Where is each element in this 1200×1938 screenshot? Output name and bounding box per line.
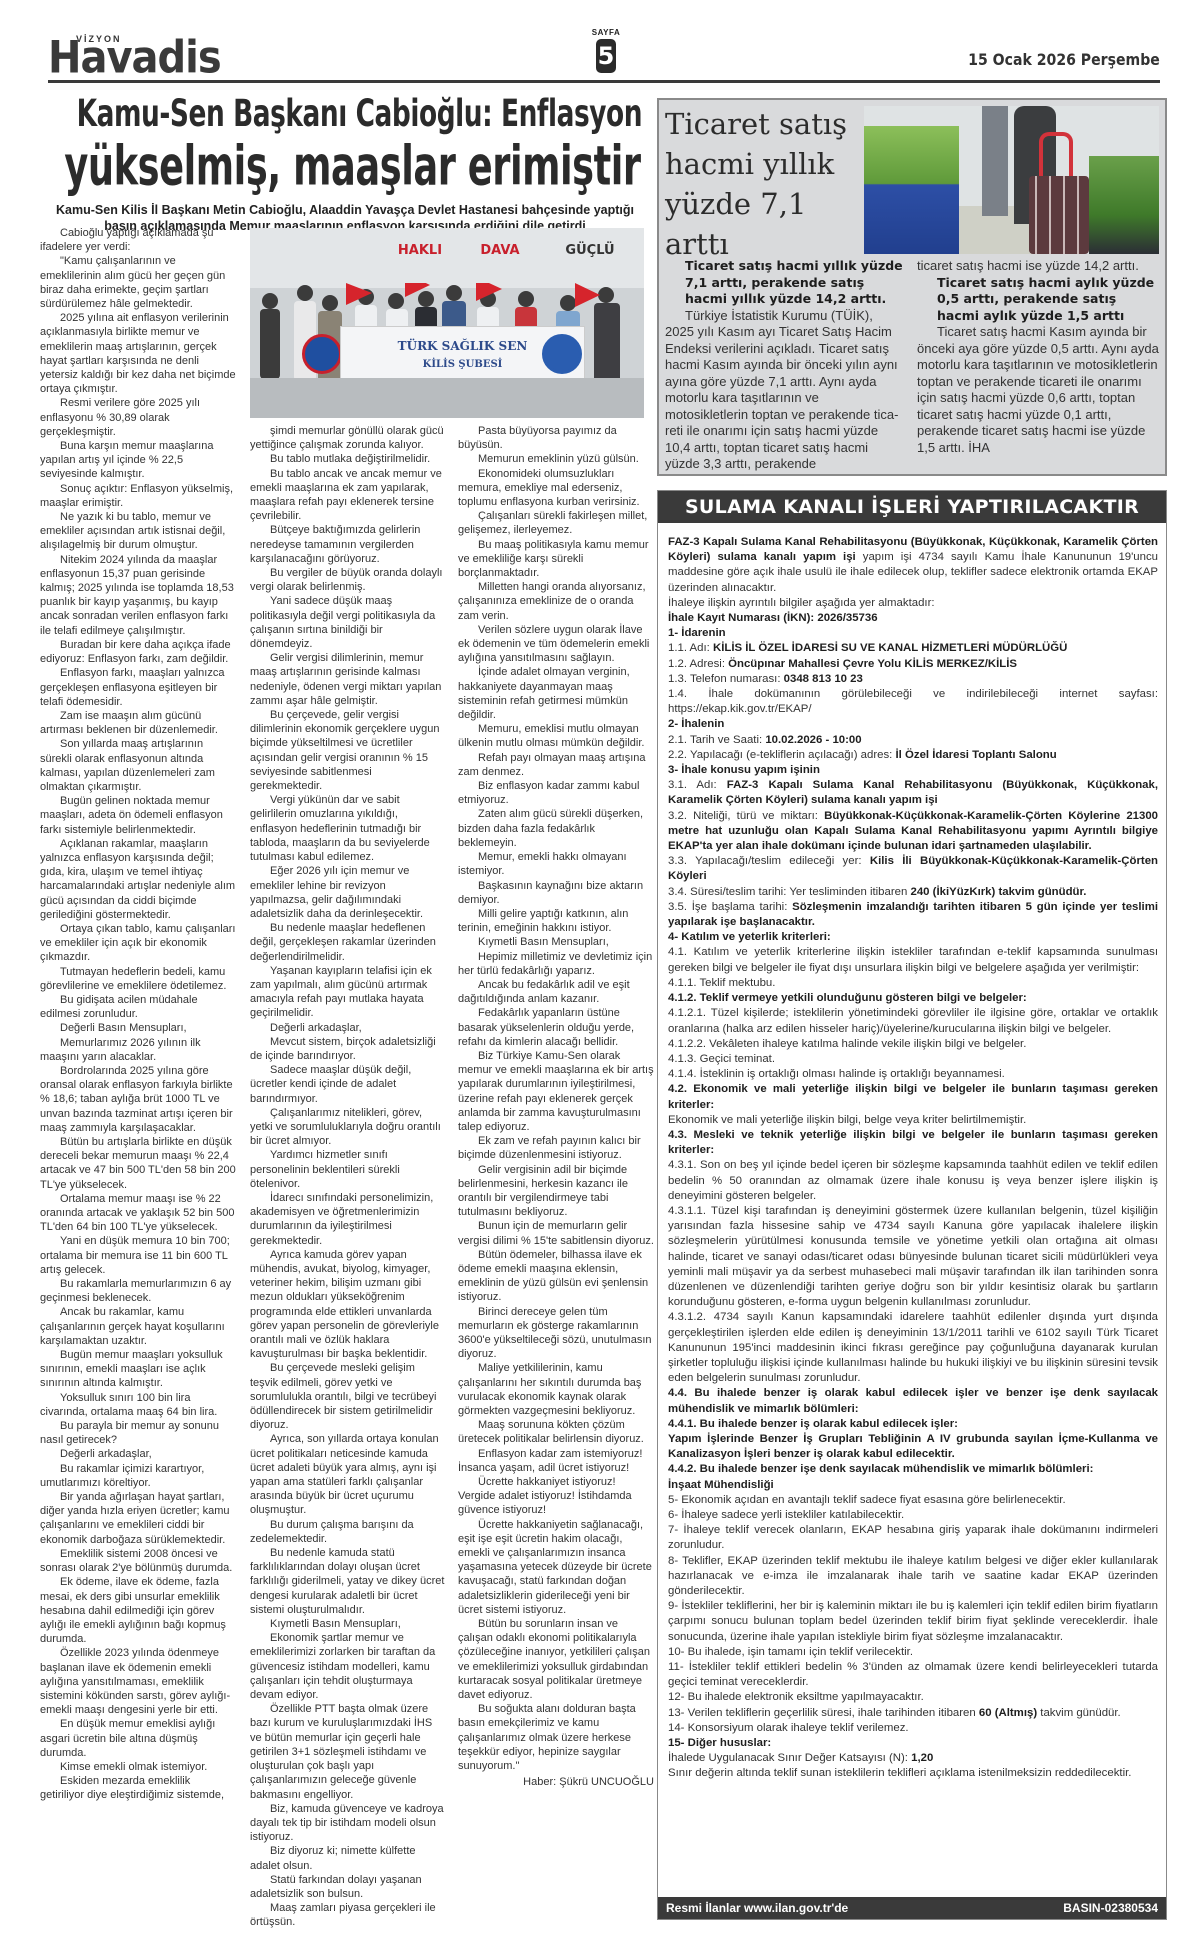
article-paragraph: Enflasyon farkı, maaşları yalnızca gerçe… xyxy=(40,666,236,709)
article-paragraph: Maaş zamları piyasa gerçekleri ile örtüş… xyxy=(250,1901,446,1929)
article-paragraph: Verilen sözlere uygun olarak İlave ek öd… xyxy=(458,623,654,666)
notice-text: 6- İhaleye sadece yerli istekliler katıl… xyxy=(668,1509,904,1521)
photo-sign-guclu: GÜÇLÜ xyxy=(550,236,630,266)
article-paragraph: Pasta büyüyorsa payımız da büyüsün. xyxy=(458,424,654,452)
notice-line: 4.3.1.1. Tüzel kişi tarafından iş deneyi… xyxy=(668,1204,1158,1310)
notice-line: 9- İstekliler tekliflerini, her bir iş k… xyxy=(668,1599,1158,1645)
notice-text: 5- Ekonomik açıdan en avantajlı teklif s… xyxy=(668,1494,1066,1506)
article-paragraph: İçinde adalet olmayan verginin, hakkaniy… xyxy=(458,665,654,722)
article-paragraph: Ücrette hakkaniyetin sağlanacağı, eşit i… xyxy=(458,1518,654,1617)
notice-bold-text: 60 (Altmış) xyxy=(979,1707,1037,1719)
photo-sign-dava: DAVA xyxy=(460,236,540,266)
article-paragraph: Çalışanları sürekli fakirleşen millet, g… xyxy=(458,509,654,537)
notice-bold-text: 0348 813 10 23 xyxy=(784,673,863,685)
article-column-2: şimdi memurlar gönüllü olarak gücü yetti… xyxy=(250,424,446,1930)
notice-bold-text: 4- Katılım ve yeterlik kriterleri: xyxy=(668,931,831,943)
notice-text: 4.1.2.1. Tüzel kişilerde; isteklilerin y… xyxy=(668,1007,1158,1034)
notice-line: 4.2. Ekonomik ve mali yeterliğe ilişkin … xyxy=(668,1082,1158,1112)
notice-text: 4.1.3. Geçici teminat. xyxy=(668,1053,775,1065)
notice-bold-text: 3- İhale konusu yapım işinin xyxy=(668,764,820,776)
notice-line: 1.4. İhale dokümanının görülebileceği ve… xyxy=(668,687,1158,717)
article-paragraph: Bu tablo ancak ve ancak memur ve emekli … xyxy=(250,467,446,524)
notice-source-link[interactable]: Resmi İlanlar www.ilan.gov.tr'de xyxy=(666,1897,848,1919)
notice-line: 4.1.2. Teklif vermeye yetkili olunduğunu… xyxy=(668,991,1158,1006)
notice-bold-text: KİLİS İL ÖZEL İDARESİ SU VE KANAL HİZMET… xyxy=(713,642,1067,654)
notice-text: 1.1. Adı: xyxy=(668,642,713,654)
article-paragraph: Zaten alım gücü sürekli düşerken, bizden… xyxy=(458,807,654,850)
article-paragraph: Yani en düşük memura 10 bin 700; ortalam… xyxy=(40,1234,236,1277)
article-paragraph: Bütün ödemeler, bilhassa ilave ek ödeme … xyxy=(458,1248,654,1305)
notice-bold-text: 1,20 xyxy=(911,1752,933,1764)
trade-column-2: ticaret satış hacmi ise yüzde 14,2 arttı… xyxy=(917,258,1161,456)
article-paragraph: Yoksulluk sınırı 100 bin lira civarında,… xyxy=(40,1391,236,1419)
notice-text: 4.3.1.2. 4734 sayılı Kanun kapsamındaki … xyxy=(668,1311,1158,1384)
trade-headline: Ticaret satış hacmi yıllık yüzde 7,1 art… xyxy=(665,104,865,264)
notice-text: 4.3.1. Son on beş yıl içinde bedel içere… xyxy=(668,1159,1158,1201)
notice-line: 4.4.1. Bu ihalede benzer iş olarak kabul… xyxy=(668,1417,1158,1432)
article-paragraph: Ayrıca, son yıllarda ortaya konulan ücre… xyxy=(250,1432,446,1517)
notice-line: 3.4. Süresi/teslim tarihi: Yer teslimind… xyxy=(668,885,1158,900)
notice-bold-text: 4.4.1. Bu ihalede benzer iş olarak kabul… xyxy=(668,1418,958,1430)
article-paragraph: Bütçeye baktığımızda gelirlerin neredeys… xyxy=(250,523,446,566)
notice-bold-text: Yapım İşlerinde Benzer İş Grupları Tebli… xyxy=(668,1433,1158,1460)
vegetable-stall-right xyxy=(1089,156,1159,254)
photo-floor xyxy=(250,378,644,418)
article-paragraph: Ortaya çıkan tablo, kamu çalışanları ve … xyxy=(40,922,236,965)
article-paragraph: Milletten hangi oranda alıyorsanız, çalı… xyxy=(458,580,654,623)
notice-line: İhale Kayıt Numarası (İKN): 2026/35736 xyxy=(668,611,1158,626)
article-paragraph: Değerli arkadaşlar, xyxy=(40,1447,236,1461)
article-paragraph: Kıymetli Basın Mensupları, xyxy=(250,1617,446,1631)
article-paragraph: Bir yanda ağırlaşan hayat şartları, diğe… xyxy=(40,1490,236,1547)
article-paragraph: Bu rakamlar içimizi karartıyor, umutları… xyxy=(40,1462,236,1490)
article-paragraph: Özellikle 2023 yılında ödenmeye başlanan… xyxy=(40,1646,236,1717)
article-paragraph: En düşük memur emeklisi aylığı asgari üc… xyxy=(40,1717,236,1760)
article-paragraph: Bunun için de memurların gelir vergisi d… xyxy=(458,1219,654,1247)
notice-text: 3.2. Niteliği, türü ve miktarı: xyxy=(668,810,824,822)
union-emblem-right-icon xyxy=(542,334,582,374)
notice-text: 1.2. Adresi: xyxy=(668,658,728,670)
notice-line: 6- İhaleye sadece yerli istekliler katıl… xyxy=(668,1508,1158,1523)
article-paragraph: Vergi yükünün dar ve sabit gelirlilerin … xyxy=(250,793,446,864)
notice-bold-text: 10.02.2026 - 10:00 xyxy=(765,734,861,746)
article-column-1: Cabioğlu yaptığı açıklamada şu ifadelere… xyxy=(40,226,236,1803)
article-paragraph: Çalışanlarımız nitelikleri, görev, yetki… xyxy=(250,1106,446,1149)
notice-text: 12- Bu ihalede elektronik eksiltme yapıl… xyxy=(668,1691,924,1703)
notice-text: 4.3.1.1. Tüzel kişi tarafından iş deneyi… xyxy=(668,1205,1158,1308)
notice-bold-text: 1- İdarenin xyxy=(668,627,726,639)
article-paragraph: Yani sadece düşük maaş politikasıyla değ… xyxy=(250,594,446,651)
masthead-divider xyxy=(48,80,1160,83)
article-paragraph: Bu nedenle kamuda statü farklılıklarında… xyxy=(250,1546,446,1617)
notice-line: 3.1. Adı: FAZ-3 Kapalı Sulama Kanal Reha… xyxy=(668,778,1158,808)
article-paragraph: Biz, kamuda güvenceye ve kadroya dayalı … xyxy=(250,1802,446,1845)
vegetable-stall-left xyxy=(864,126,959,254)
article-paragraph: Bu çerçevede, gelir vergisi dilimlerinin… xyxy=(250,708,446,793)
notice-line: 4.3.1. Son on beş yıl içinde bedel içere… xyxy=(668,1158,1158,1204)
page-label: SAYFA xyxy=(586,28,626,37)
trade-subhead: Ticaret satış hacmi aylık yüzde 0,5 artt… xyxy=(917,275,1161,325)
notice-text: 2.2. Yapılacağı (e-tekliflerin açılacağı… xyxy=(668,749,896,761)
notice-line: 13- Verilen tekliflerin geçerlilik süres… xyxy=(668,1706,1158,1721)
article-paragraph: Açıklanan rakamlar, maaşların yalnızca e… xyxy=(40,837,236,922)
notice-bold-text: 240 (İkiYüzKırk) takvim günüdür. xyxy=(910,886,1086,898)
notice-text: 4.1.2.2. Vekâleten ihaleye katılma halin… xyxy=(668,1038,1026,1050)
article-paragraph: Biz Türkiye Kamu-Sen olarak memur ve eme… xyxy=(458,1049,654,1134)
notice-text: 3.4. Süresi/teslim tarihi: Yer teslimind… xyxy=(668,886,910,898)
article-paragraph: Sonuç açıktır: Enflasyon yükselmiş, maaş… xyxy=(40,482,236,510)
notice-line: 1.1. Adı: KİLİS İL ÖZEL İDARESİ SU VE KA… xyxy=(668,641,1158,656)
article-paragraph: Maaş sorununa kökten çözüm üretecek poli… xyxy=(458,1418,654,1446)
notice-text: 9- İstekliler tekliflerini, her bir iş k… xyxy=(668,1600,1158,1642)
notice-text: 11- İstekliler teklif ettikleri bedelin … xyxy=(668,1661,1158,1688)
article-paragraph: Ayrıca kamuda görev yapan mühendis, avuk… xyxy=(250,1248,446,1362)
article-paragraph: 2025 yılına ait enflasyon verilerinin aç… xyxy=(40,311,236,396)
article-paragraph: Resmi verilere göre 2025 yılı enflasyonu… xyxy=(40,396,236,439)
article-byline: Haber: Şükrü UNCUOĞLU xyxy=(458,1775,654,1789)
article-paragraph: Bu maaş politikasıyla kamu memur ve emek… xyxy=(458,538,654,581)
notice-bold-text: 4.4. Bu ihalede benzer iş olarak kabul e… xyxy=(668,1387,1158,1414)
article-paragraph: Bu çerçevede mesleki gelişim teşvik edil… xyxy=(250,1361,446,1432)
notice-text: 3.1. Adı: xyxy=(668,779,727,791)
notice-line: 3.5. İşe başlama tarihi: Sözleşmenin imz… xyxy=(668,900,1158,930)
notice-text: 4.1.4. İsteklinin iş ortaklığı olması ha… xyxy=(668,1068,1005,1080)
article-paragraph: Buna karşın memur maaşlarına yapılan art… xyxy=(40,439,236,482)
article-paragraph: Ekonomideki olumsuzlukları memura, emekl… xyxy=(458,467,654,510)
notice-line: İhaleye ilişkin ayrıntılı bilgiler aşağı… xyxy=(668,596,1158,611)
article-paragraph: Gelir vergisinin adil bir biçimde belirl… xyxy=(458,1163,654,1220)
notice-bold-text: 2- İhalenin xyxy=(668,718,724,730)
article-paragraph: Ekonomik şartlar memur ve emeklilerimizi… xyxy=(250,1631,446,1702)
trade-news-box: Ticaret satış hacmi yıllık yüzde 7,1 art… xyxy=(657,98,1167,476)
shopping-trolley-bag xyxy=(1029,176,1089,254)
notice-line: 15- Diğer hususlar: xyxy=(668,1736,1158,1751)
article-paragraph: Refah payı olmayan maaş artışına zam den… xyxy=(458,751,654,779)
article-paragraph: Bu vergiler de büyük oranda dolaylı verg… xyxy=(250,566,446,594)
article-paragraph: Gelir vergisi dilimlerinin, memur maaş a… xyxy=(250,651,446,708)
article-paragraph: Statü farkından dolayı yaşanan adaletsiz… xyxy=(250,1873,446,1901)
article-paragraph: Bu rakamlarla memurlarımızın 6 ay geçinm… xyxy=(40,1277,236,1305)
article-paragraph: Bütün bu artışlarla birlikte en düşük de… xyxy=(40,1135,236,1192)
notice-text: Sınır değerin altında teklif sunan istek… xyxy=(668,1767,1131,1779)
notice-line: 8- Teklifler, EKAP üzerinden teklif mekt… xyxy=(668,1554,1158,1600)
notice-bold-text: İhale Kayıt Numarası (İKN): 2026/35736 xyxy=(668,612,878,624)
notice-text: 2.1. Tarih ve Saati: xyxy=(668,734,765,746)
article-paragraph: Biz enflasyon kadar zammı kabul etmiyoru… xyxy=(458,779,654,807)
article-paragraph: Bütün bu sorunların insan ve çalışan oda… xyxy=(458,1617,654,1702)
notice-line: Sınır değerin altında teklif sunan istek… xyxy=(668,1766,1158,1781)
article-paragraph: Ne yazık ki bu tablo, memur ve emekliler… xyxy=(40,510,236,553)
notice-line: 1.3. Telefon numarası: 0348 813 10 23 xyxy=(668,672,1158,687)
article-paragraph: Değerli Basın Mensupları, xyxy=(40,1021,236,1035)
article-paragraph: Bu durum çalışma barışını da zedelemekte… xyxy=(250,1518,446,1546)
page-number: 5 xyxy=(596,39,616,73)
trade-body-1: Türkiye İstatistik Kurumu (TÜİK), 2025 y… xyxy=(665,308,905,473)
article-paragraph: Buradan bir kere daha açıkça ifade ediyo… xyxy=(40,638,236,666)
article-paragraph: Nitekim 2024 yılında da maaşlar enflasyo… xyxy=(40,553,236,638)
notice-text: 4.1. Katılım ve yeterlik kriterlerine il… xyxy=(668,946,1158,973)
article-paragraph: Bugün memur maaşları yoksulluk sınırının… xyxy=(40,1348,236,1391)
notice-line: 4.3. Mesleki ve teknik yeterliğe ilişkin… xyxy=(668,1128,1158,1158)
notice-text: 1.4. İhale dokümanının görülebileceği ve… xyxy=(668,688,1158,715)
photo-sign-hakli: HAKLI xyxy=(380,236,460,266)
page-number-badge: SAYFA 5 xyxy=(586,28,626,73)
article-paragraph: Kıymetli Basın Mensupları, xyxy=(458,935,654,949)
article-paragraph: Bu tablo mutlaka değiştirilmelidir. xyxy=(250,452,446,466)
notice-line: İnşaat Mühendisliği xyxy=(668,1478,1158,1493)
article-paragraph: Bordrolarında 2025 yılına göre oransal o… xyxy=(40,1064,236,1135)
notice-text: İhalede Uygulanacak Sınır Değer Katsayıs… xyxy=(668,1752,911,1764)
notice-bold-text: 4.1.2. Teklif vermeye yetkili olunduğunu… xyxy=(668,992,1027,1004)
article-paragraph: Bu nedenle maaşlar hedeflenen değil, ger… xyxy=(250,921,446,964)
article-paragraph: Başkasının kaynağını bize aktarın demiyo… xyxy=(458,879,654,907)
shopper-figure xyxy=(982,106,1008,216)
notice-line: 3.2. Niteliği, türü ve miktarı: Büyükkon… xyxy=(668,809,1158,855)
article-paragraph: Ancak bu rakamlar, kamu çalışanlarının g… xyxy=(40,1305,236,1348)
masthead: Havadis VİZYON SAYFA 5 15 Ocak 2026 Perş… xyxy=(48,28,1160,82)
article-column-3: Pasta büyüyorsa payımız da büyüsün.Memur… xyxy=(458,424,654,1790)
trade-continuation: ticaret satış hacmi ise yüzde 14,2 arttı… xyxy=(917,258,1161,275)
notice-line: 4- Katılım ve yeterlik kriterleri: xyxy=(668,930,1158,945)
notice-bold-text: Öncüpınar Mahallesi Çevre Yolu KİLİS MER… xyxy=(728,658,1017,670)
article-paragraph: Hepimiz milletimiz ve devletimiz için he… xyxy=(458,950,654,978)
trolley-handle xyxy=(1039,132,1073,176)
article-paragraph: Bu gidişata acilen müdahale edilmesi zor… xyxy=(40,993,236,1021)
article-paragraph: Biz diyoruz ki; nimette külfette adalet … xyxy=(250,1844,446,1872)
notice-bold-text: 15- Diğer hususlar: xyxy=(668,1737,771,1749)
notice-line: 4.1.2.1. Tüzel kişilerde; isteklilerin y… xyxy=(668,1006,1158,1036)
article-paragraph: Fedakârlık yapanların üstüne basarak yük… xyxy=(458,1006,654,1049)
article-paragraph: Özellikle PTT başta olmak üzere bazı kur… xyxy=(250,1702,446,1801)
notice-title: SULAMA KANALI İŞLERİ YAPTIRILACAKTIR xyxy=(658,491,1166,523)
article-paragraph: Eskiden mezarda emeklilik getiriliyor di… xyxy=(40,1774,236,1802)
notice-line: 5- Ekonomik açıdan en avantajlı teklif s… xyxy=(668,1493,1158,1508)
article-paragraph: Memur, emekli hakkı olmayanı istemiyor. xyxy=(458,850,654,878)
notice-body: FAZ-3 Kapalı Sulama Kanal Rehabilitasyon… xyxy=(658,523,1166,1782)
article-paragraph: Zam ise maaşın alım gücünü artırması bek… xyxy=(40,709,236,737)
article-paragraph: Bugün gelinen noktada memur maaşları, ad… xyxy=(40,794,236,837)
notice-bold-text: İl Özel İdaresi Toplantı Salonu xyxy=(896,749,1057,761)
tender-notice: SULAMA KANALI İŞLERİ YAPTIRILACAKTIR FAZ… xyxy=(657,490,1167,1920)
notice-line: 4.4. Bu ihalede benzer iş olarak kabul e… xyxy=(668,1386,1158,1416)
article-paragraph: Değerli arkadaşlar, xyxy=(250,1021,446,1035)
main-article-header: Kamu-Sen Başkanı Cabioğlu: Enflasyon yük… xyxy=(40,92,650,234)
notice-line: 1.2. Adresi: Öncüpınar Mahallesi Çevre Y… xyxy=(668,657,1158,672)
notice-bold-text: 4.3. Mesleki ve teknik yeterliğe ilişkin… xyxy=(668,1129,1158,1156)
notice-text: 8- Teklifler, EKAP üzerinden teklif mekt… xyxy=(668,1555,1158,1597)
notice-line: 10- Bu ihalede, işin tamamı için teklif … xyxy=(668,1645,1158,1660)
article-paragraph: Kimse emekli olmak istemiyor. xyxy=(40,1760,236,1774)
article-paragraph: Yaşanan kayıpların telafisi için ek zam … xyxy=(250,964,446,1021)
notice-line: 2.2. Yapılacağı (e-tekliflerin açılacağı… xyxy=(668,748,1158,763)
logo-small-text: VİZYON xyxy=(76,34,122,44)
notice-bold-text: 4.4.2. Bu ihalede benzer işe denk sayıla… xyxy=(668,1463,1093,1475)
notice-bold-text: 4.2. Ekonomik ve mali yeterliğe ilişkin … xyxy=(668,1083,1158,1110)
trade-lead: Ticaret satış hacmi yıllık yüzde 7,1 art… xyxy=(665,258,905,308)
notice-line: 14- Konsorsiyum olarak ihaleye teklif ve… xyxy=(668,1721,1158,1736)
article-paragraph: Ortalama memur maaşı ise % 22 oranında a… xyxy=(40,1192,236,1235)
notice-footer: Resmi İlanlar www.ilan.gov.tr'de BASIN-0… xyxy=(658,1897,1166,1919)
notice-line: Yapım İşlerinde Benzer İş Grupları Tebli… xyxy=(668,1432,1158,1462)
notice-text: 10- Bu ihalede, işin tamamı için teklif … xyxy=(668,1646,913,1658)
newspaper-logo[interactable]: Havadis VİZYON xyxy=(48,28,248,80)
article-paragraph: İdarecı sınıfındaki personelimizin, akad… xyxy=(250,1191,446,1248)
notice-text: 1.3. Telefon numarası: xyxy=(668,673,784,685)
article-paragraph: Birinci dereceye gelen tüm memurların ek… xyxy=(458,1305,654,1362)
article-photo[interactable]: HAKLI DAVA GÜÇLÜ TÜRK SAĞ xyxy=(250,228,644,418)
notice-line: 3.3. Yapılacağı/teslim edileceği yer: Ki… xyxy=(668,854,1158,884)
article-paragraph: Tutmayan hedeflerin bedeli, kamu görevli… xyxy=(40,965,236,993)
notice-line: 11- İstekliler teklif ettikleri bedelin … xyxy=(668,1660,1158,1690)
notice-line: 4.1.1. Teklif mektubu. xyxy=(668,976,1158,991)
notice-bold-text: İnşaat Mühendisliği xyxy=(668,1479,774,1491)
notice-line: 12- Bu ihalede elektronik eksiltme yapıl… xyxy=(668,1690,1158,1705)
notice-text: 4.1.1. Teklif mektubu. xyxy=(668,977,775,989)
article-paragraph: Mevcut sistem, birçok adaletsizliği de i… xyxy=(250,1035,446,1063)
article-paragraph: Emeklilik sistemi 2008 öncesi ve sonrası… xyxy=(40,1547,236,1575)
notice-line: 2- İhalenin xyxy=(668,717,1158,732)
trade-body-2: Ticaret satış hacmi Kasım ayında bir önc… xyxy=(917,324,1161,456)
article-paragraph: "Kamu çalışanlarının ve emeklilerinin al… xyxy=(40,254,236,311)
notice-text: 14- Konsorsiyum olarak ihaleye teklif ve… xyxy=(668,1722,909,1734)
notice-reference-code: BASIN-02380534 xyxy=(1063,1897,1158,1919)
notice-text: takvim günüdür. xyxy=(1037,1707,1121,1719)
notice-text: 3.3. Yapılacağı/teslim edileceği yer: xyxy=(668,855,870,867)
notice-text: 3.5. İşe başlama tarihi: xyxy=(668,901,792,913)
logo-main-text: Havadis xyxy=(48,32,221,84)
notice-line: 4.3.1.2. 4734 sayılı Kanun kapsamındaki … xyxy=(668,1310,1158,1386)
issue-date: 15 Ocak 2026 Perşembe xyxy=(968,50,1160,69)
notice-line: İhalede Uygulanacak Sınır Değer Katsayıs… xyxy=(668,1751,1158,1766)
article-paragraph: Eğer 2026 yılı için memur ve emekliler l… xyxy=(250,864,446,921)
article-paragraph: Memurun emeklinin yüzü gülsün. xyxy=(458,452,654,466)
notice-line: 4.1. Katılım ve yeterlik kriterlerine il… xyxy=(668,945,1158,975)
notice-line: 4.1.2.2. Vekâleten ihaleye katılma halin… xyxy=(668,1037,1158,1052)
notice-text: 13- Verilen tekliflerin geçerlilik süres… xyxy=(668,1707,979,1719)
notice-line: 3- İhale konusu yapım işinin xyxy=(668,763,1158,778)
article-paragraph: Ek ödeme, ilave ek ödeme, fazla mesai, e… xyxy=(40,1575,236,1646)
article-paragraph: Son yıllarda maaş artışlarının sürekli o… xyxy=(40,737,236,794)
notice-line: 4.1.4. İsteklinin iş ortaklığı olması ha… xyxy=(668,1067,1158,1082)
notice-line: 1- İdarenin xyxy=(668,626,1158,641)
article-paragraph: Yardımcı hizmetler sınıfı personelinin b… xyxy=(250,1148,446,1191)
notice-line: 7- İhaleye teklif verecek olanların, EKA… xyxy=(668,1523,1158,1553)
market-photo[interactable] xyxy=(864,106,1159,254)
article-paragraph: Bu soğukta alanı dolduran başta basın em… xyxy=(458,1702,654,1773)
notice-text: Ekonomik ve mali yeterliğe ilişkin bilgi… xyxy=(668,1114,1026,1126)
article-paragraph: Ek zam ve refah payının kalıcı bir biçim… xyxy=(458,1134,654,1162)
notice-line: 4.4.2. Bu ihalede benzer işe denk sayıla… xyxy=(668,1462,1158,1477)
article-paragraph: Memuru, emeklisi mutlu olmayan ülkenin m… xyxy=(458,722,654,750)
union-emblem-left-icon xyxy=(302,334,342,374)
article-paragraph: şimdi memurlar gönüllü olarak gücü yetti… xyxy=(250,424,446,452)
notice-line: 4.1.3. Geçici teminat. xyxy=(668,1052,1158,1067)
notice-line: FAZ-3 Kapalı Sulama Kanal Rehabilitasyon… xyxy=(668,535,1158,596)
notice-text: 7- İhaleye teklif verecek olanların, EKA… xyxy=(668,1524,1158,1551)
article-paragraph: Ancak bu fedakârlık adil ve eşit dağıtıl… xyxy=(458,978,654,1006)
article-paragraph: Maliye yetkililerinin, kamu çalışanların… xyxy=(458,1361,654,1418)
trade-column-1: Ticaret satış hacmi yıllık yüzde 7,1 art… xyxy=(665,258,905,473)
headline-line-2: yükselmiş, maaşlar erimiştir xyxy=(64,136,625,212)
article-paragraph: Milli gelire yaptığı katkının, alın teri… xyxy=(458,907,654,935)
article-paragraph: Sadece maaşlar düşük değil, ücretler ken… xyxy=(250,1063,446,1106)
notice-line: 2.1. Tarih ve Saati: 10.02.2026 - 10:00 xyxy=(668,733,1158,748)
article-paragraph: Memurlarımız 2026 yılının ilk maaşını ya… xyxy=(40,1036,236,1064)
article-paragraph: Cabioğlu yaptığı açıklamada şu ifadelere… xyxy=(40,226,236,254)
article-paragraph: Bu parayla bir memur ay sonunu nasıl get… xyxy=(40,1419,236,1447)
notice-line: Ekonomik ve mali yeterliğe ilişkin bilgi… xyxy=(668,1113,1158,1128)
notice-bold-text: FAZ-3 Kapalı Sulama Kanal Rehabilitasyon… xyxy=(668,779,1158,806)
notice-text: İhaleye ilişkin ayrıntılı bilgiler aşağı… xyxy=(668,597,935,609)
article-paragraph: Enflasyon kadar zam istemiyoruz! İnsanca… xyxy=(458,1447,654,1475)
article-paragraph: Ücrette hakkaniyet istiyoruz! Vergide ad… xyxy=(458,1475,654,1518)
